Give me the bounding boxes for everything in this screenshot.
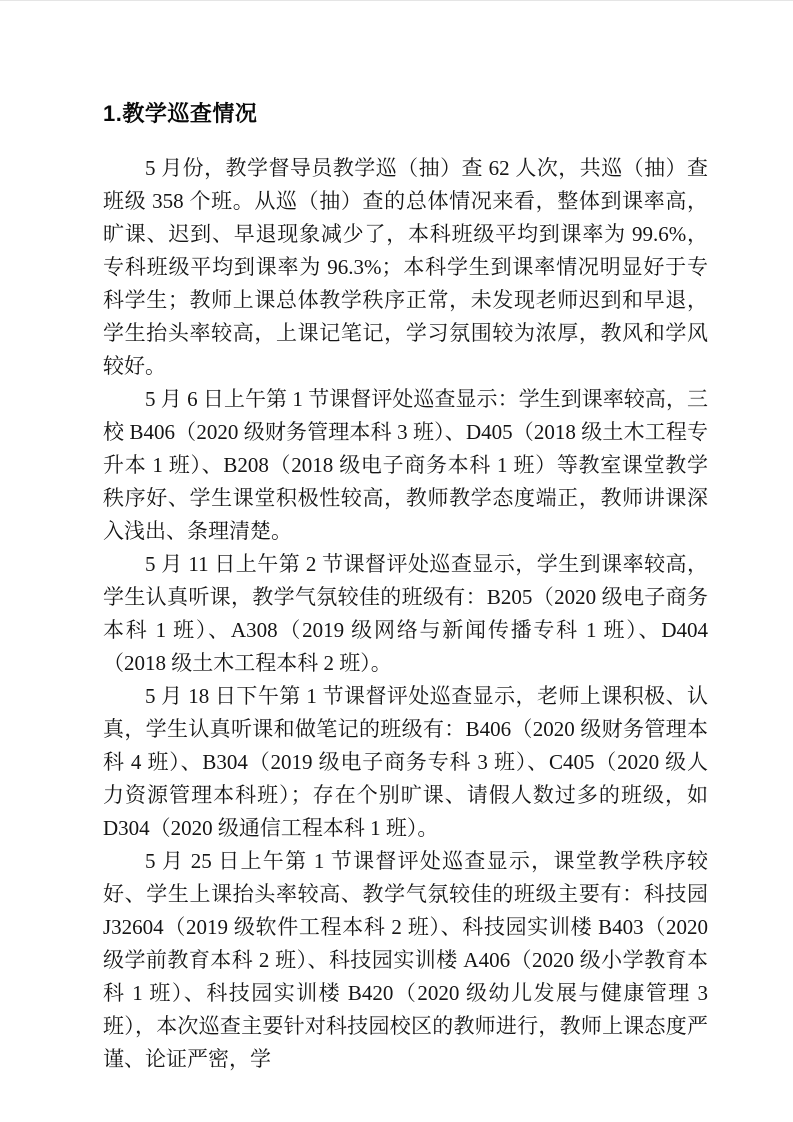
paragraph-may-25: 5 月 25 日上午第 1 节课督评处巡查显示，课堂教学秩序较好、学生上课抬头率… [103,845,708,1076]
paragraph-overview: 5 月份，教学督导员教学巡（抽）查 62 人次，共巡（抽）查班级 358 个班。… [103,152,708,383]
document-page: 1.教学巡查情况 5 月份，教学督导员教学巡（抽）查 62 人次，共巡（抽）查班… [0,0,793,1122]
paragraph-may-18: 5 月 18 日下午第 1 节课督评处巡查显示，老师上课积极、认真，学生认真听课… [103,680,708,845]
section-heading: 1.教学巡查情况 [103,97,708,130]
paragraph-may-11: 5 月 11 日上午第 2 节课督评处巡查显示，学生到课率较高，学生认真听课，教… [103,548,708,680]
document-content: 1.教学巡查情况 5 月份，教学督导员教学巡（抽）查 62 人次，共巡（抽）查班… [103,97,708,1076]
paragraph-may-6: 5 月 6 日上午第 1 节课督评处巡查显示：学生到课率较高，三校 B406（2… [103,383,708,548]
